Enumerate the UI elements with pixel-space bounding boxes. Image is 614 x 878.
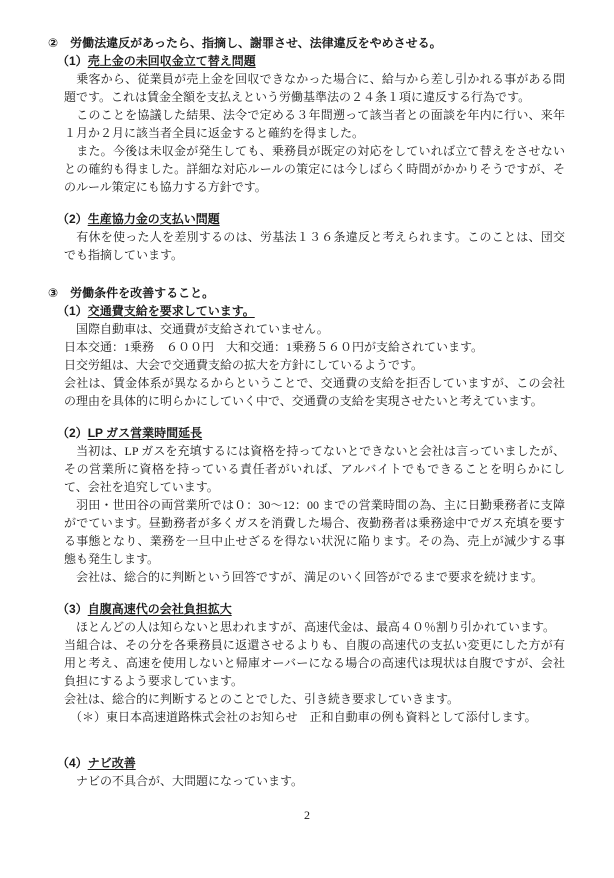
subsection-heading: （2）LP ガス営業時間延長 [57,424,565,442]
section-heading: ② 労働法違反があったら、指摘し、謝罪させ、法律違反をやめさせる。 [48,34,565,52]
page-number: 2 [304,808,310,822]
paragraph: 会社は、総合的に判断するとのことでした、引き続き要求していきます。 [64,690,565,708]
subsection-title: 自腹高速代の会社負担拡大 [88,602,232,616]
subsection-marker: （4） [57,756,88,770]
subsection-title: 交通費支給を要求しています。 [88,304,255,318]
subsection-production-cooperation-pay: （2）生産協力金の支払い問題 有休を使った人を差別するのは、労基法１３６条違反と… [48,210,565,264]
paragraph: また。今後は未収金が発生しても、乗務員が既定の対応をしていれば立て替えをさせない… [64,142,565,196]
subsection-marker: （1） [57,54,88,68]
subsection-marker: （3） [57,602,88,616]
page-footer: 2 [0,806,614,824]
paragraph: 羽田・世田谷の両営業所では０：30～12：00 までの営業時間の為、主に日勤乗務… [64,496,565,568]
subsection-marker: （2） [57,426,88,440]
subsection-title: 生産協力金の支払い問題 [88,212,220,226]
subsection-heading: （1）売上金の未回収金立て替え問題 [57,52,565,70]
paragraph: 当組合は、その分を各乗務員に返還させるよりも、自腹の高速代の支払い変更にした方が… [64,636,565,690]
page-content: ② 労働法違反があったら、指摘し、謝罪させ、法律違反をやめさせる。 （1）売上金… [0,0,614,790]
paragraph: 当初は、LP ガスを充填するには資格を持ってないとできないと会社は言っていました… [64,442,565,496]
subsection-heading: （2）生産協力金の支払い問題 [57,210,565,228]
subsection-lp-gas-hours: （2）LP ガス営業時間延長 当初は、LP ガスを充填するには資格を持ってないと… [48,424,565,586]
subsection-navi-improvement: （4）ナビ改善 ナビの不具合が、大問題になっています。 [48,754,565,790]
paragraph: このことを協議した結果、法令で定める３年間遡って該当者との面談を年内に行い、来年… [64,106,565,142]
paragraph: ナビの不具合が、大問題になっています。 [64,772,565,790]
paragraph: 日本交通：1乗務 ６００円 大和交通：1乗務５６０円が支給されています。 [64,338,565,356]
paragraph: 国際自動車は、交通費が支給されていません。 [64,320,565,338]
paragraph: 会社は、総合的に判断という回答ですが、満足のいく回答がでるまで要求を続けます。 [64,568,565,586]
subsection-highway-tolls: （3）自腹高速代の会社負担拡大 ほとんどの人は知らないと思われますが、高速代金は… [48,600,565,726]
paragraph: 会社は、賃金体系が異なるからということで、交通費の支給を拒否していますが、この会… [64,374,565,410]
subsection-heading: （4）ナビ改善 [57,754,565,772]
section-working-conditions: ③ 労働条件を改善すること。 （1）交通費支給を要求しています。 国際自動車は、… [48,284,565,790]
subsection-marker: （1） [57,304,88,318]
subsection-uncollected-fares: （1）売上金の未回収金立て替え問題 乗客から、従業員が売上金を回収できなかった場… [48,52,565,196]
subsection-marker: （2） [57,212,88,226]
subsection-heading: （1）交通費支給を要求しています。 [57,302,565,320]
paragraph-note: （＊）東日本高速道路株式会社のお知らせ 正和自動車の例も資料として添付します。 [64,708,571,726]
section-labor-law-violations: ② 労働法違反があったら、指摘し、謝罪させ、法律違反をやめさせる。 （1）売上金… [48,34,565,264]
subsection-title: 売上金の未回収金立て替え問題 [88,54,256,68]
paragraph: 日交労組は、大会で交通費支給の拡大を方針にしているようです。 [64,356,565,374]
subsection-title: LP ガス営業時間延長 [88,426,202,440]
section-heading: ③ 労働条件を改善すること。 [48,284,565,302]
subsection-title: ナビ改善 [88,756,136,770]
paragraph: 乗客から、従業員が売上金を回収できなかった場合に、給与から差し引かれる事がある問… [64,70,565,106]
subsection-heading: （3）自腹高速代の会社負担拡大 [57,600,565,618]
paragraph: 有休を使った人を差別するのは、労基法１３６条違反と考えられます。このことは、団交… [64,228,565,264]
document-page: ② 労働法違反があったら、指摘し、謝罪させ、法律違反をやめさせる。 （1）売上金… [0,0,614,878]
paragraph: ほとんどの人は知らないと思われますが、高速代金は、最高４０％割り引かれています。 [64,618,565,636]
subsection-commuting-allowance: （1）交通費支給を要求しています。 国際自動車は、交通費が支給されていません。 … [48,302,565,410]
